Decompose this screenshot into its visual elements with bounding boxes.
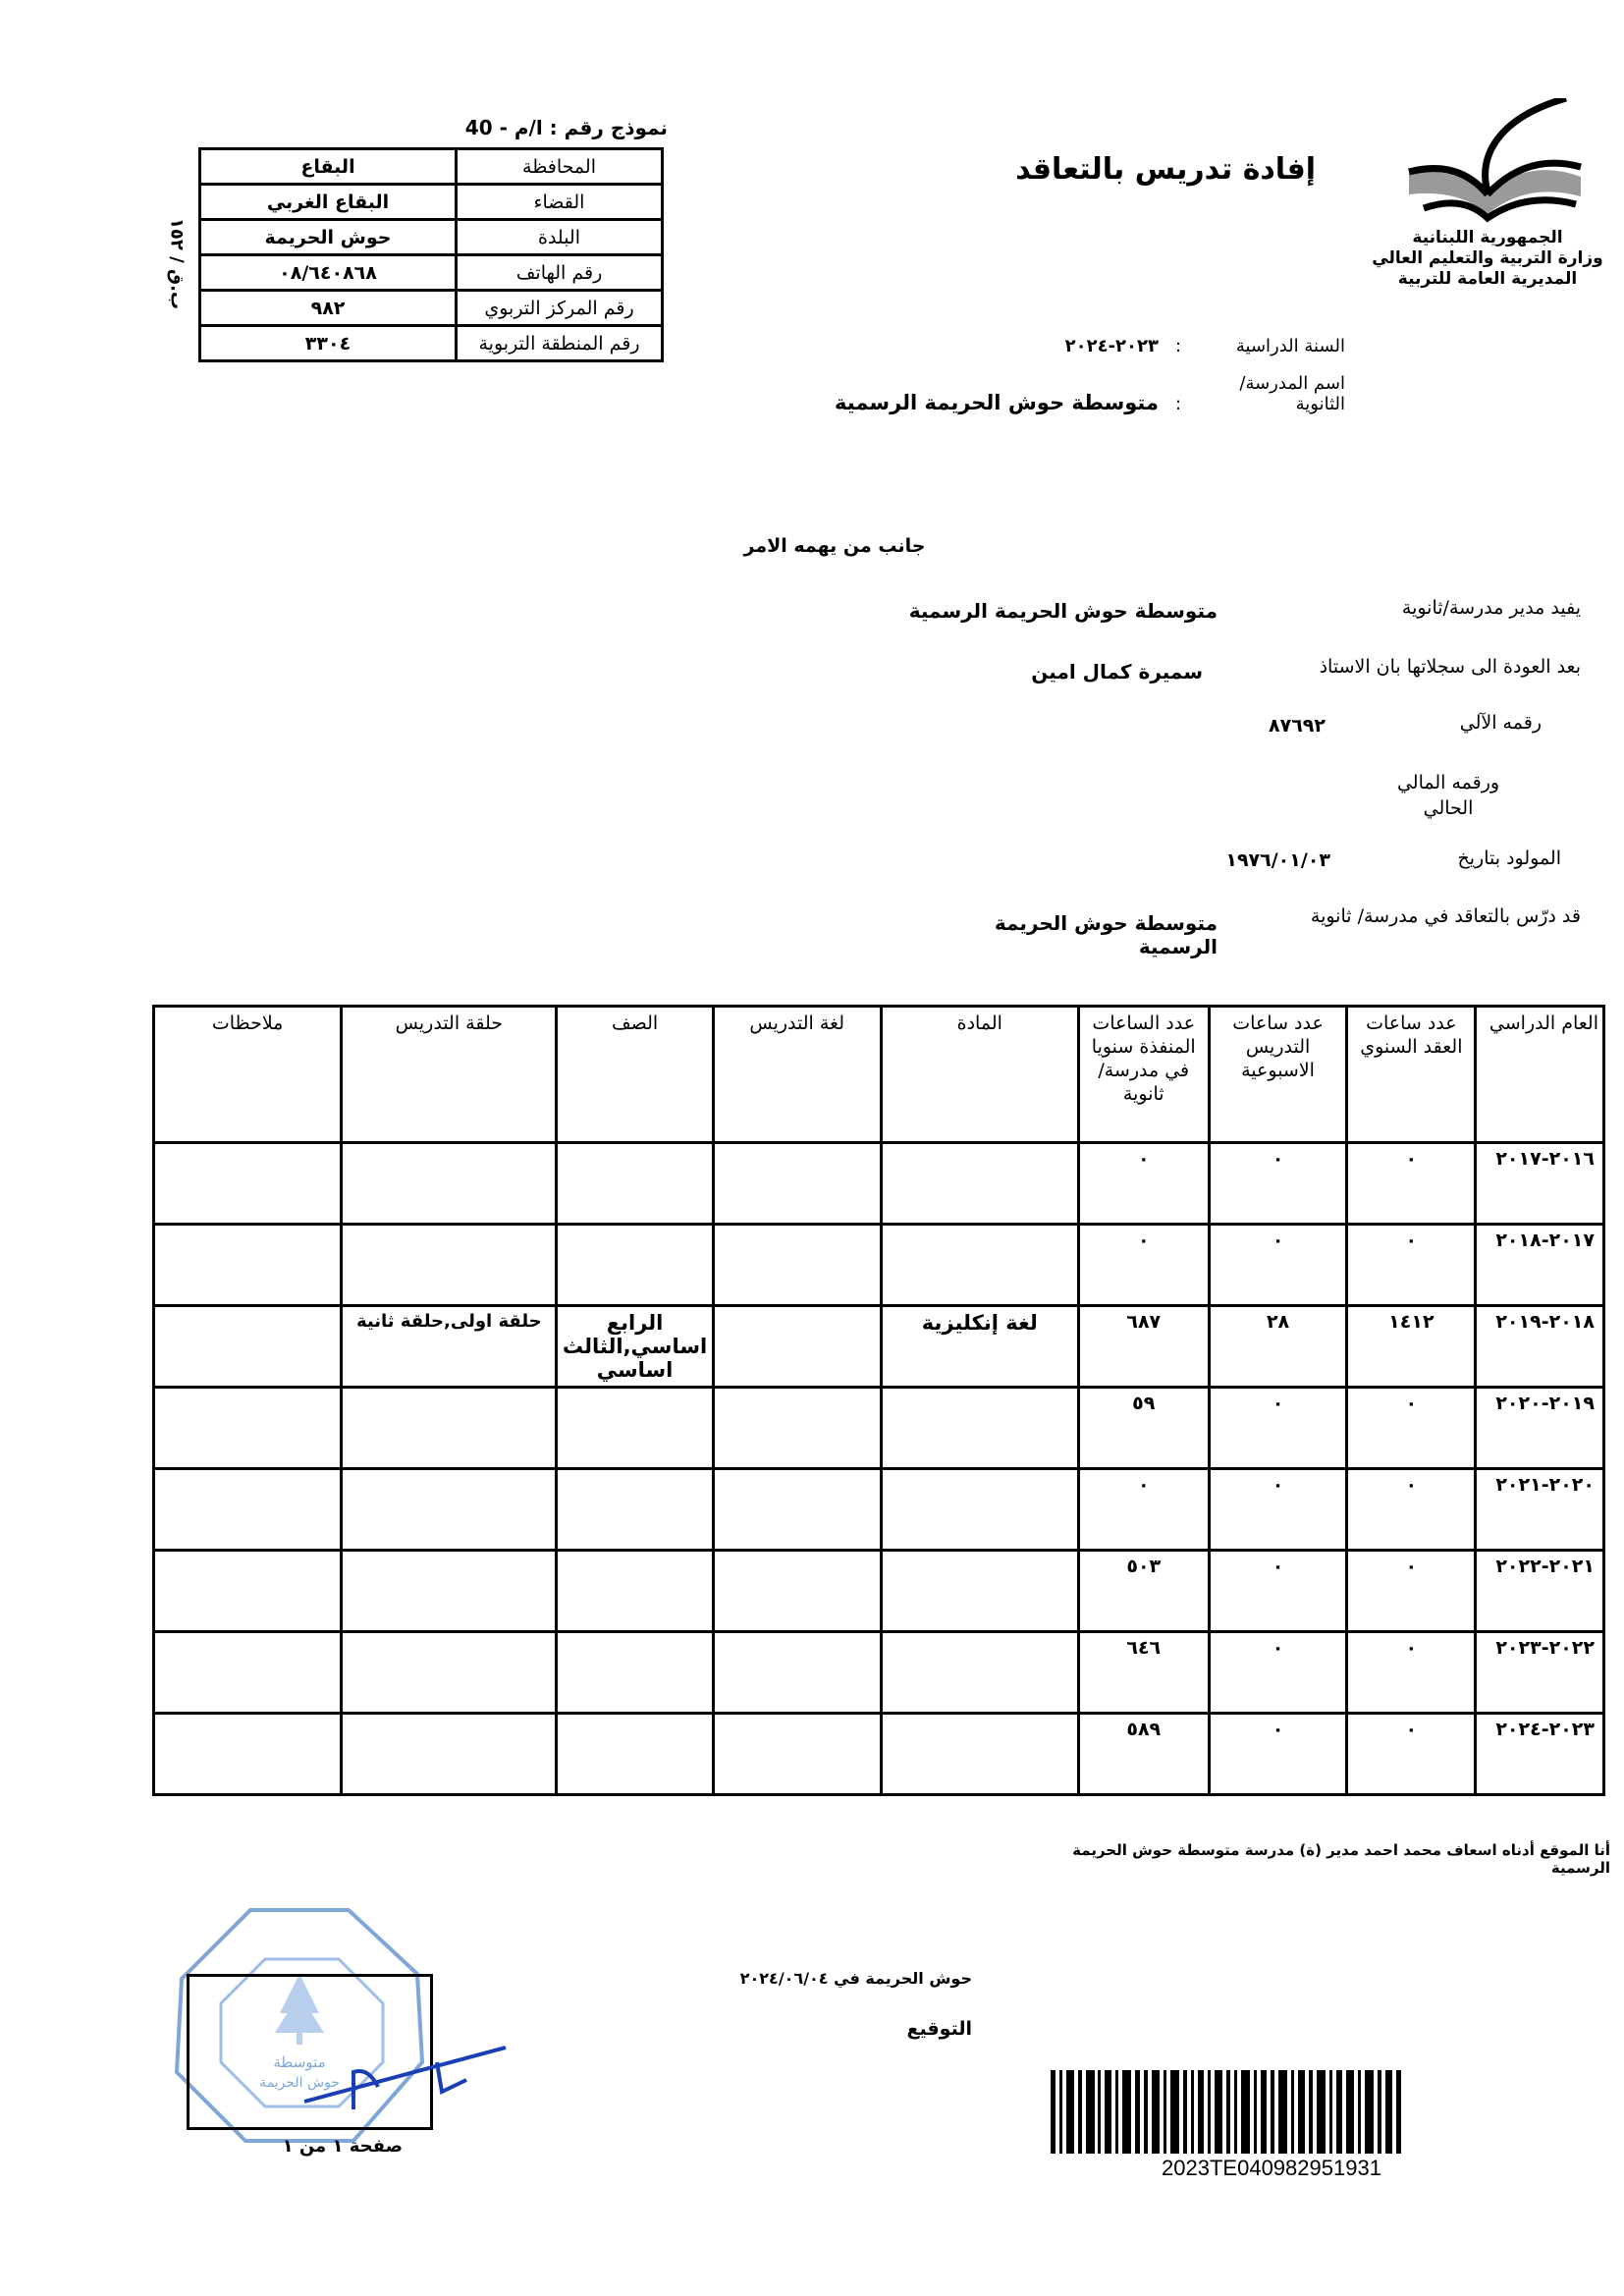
auto-number-label: رقمه الآلي	[1355, 712, 1542, 734]
cell-language	[713, 1632, 881, 1714]
cell-weekly-hours: ٠	[1209, 1388, 1347, 1469]
table-row: ٢٠١٦-٢٠١٧ ٠ ٠ ٠	[154, 1143, 1604, 1225]
to-whom-it-may-concern: جانب من يهمه الامر	[727, 535, 943, 557]
info-label: رقم المركز التربوي	[457, 291, 663, 326]
cell-executed-hours: ٥٩	[1078, 1388, 1209, 1469]
info-row: رقم المركز التربوي٩٨٢	[200, 291, 663, 326]
cell-cycle	[342, 1143, 557, 1225]
info-value: ٣٣٠٤	[200, 326, 457, 361]
cell-notes	[154, 1469, 342, 1551]
cell-contract-hours: ٠	[1347, 1388, 1476, 1469]
cell-language	[713, 1225, 881, 1306]
financial-number-label: ورقمه المالي	[1375, 772, 1522, 793]
cell-language	[713, 1388, 881, 1469]
cell-notes	[154, 1143, 342, 1225]
school-value: متوسطة حوش الحريمة الرسمية	[835, 391, 1159, 414]
info-label: المحافظة	[457, 149, 663, 185]
cell-subject	[881, 1225, 1078, 1306]
info-label: البلدة	[457, 220, 663, 255]
cell-executed-hours: ٦٨٧	[1078, 1306, 1209, 1388]
cell-weekly-hours: ٠	[1209, 1714, 1347, 1795]
auto-number-value: ٨٧٦٩٢	[1159, 715, 1326, 737]
cell-cycle	[342, 1714, 557, 1795]
cell-language	[713, 1714, 881, 1795]
header-notes: ملاحظات	[154, 1007, 342, 1143]
side-reference: ب.ق / ١٥٢	[157, 216, 196, 314]
place-and-date: حوش الحريمة في ٢٠٢٤/٠٦/٠٤	[717, 1969, 972, 1988]
signer-statement: أنا الموقع أدناه اسعاف محمد احمد مدير (ة…	[1031, 1841, 1610, 1877]
academic-year-value: ٢٠٢٣-٢٠٢٤	[1065, 336, 1159, 356]
cell-notes	[154, 1306, 342, 1388]
cell-notes	[154, 1551, 342, 1632]
cell-subject	[881, 1714, 1078, 1795]
logo-line-ministry: وزارة التربية والتعليم العالي	[1370, 248, 1605, 269]
cell-grade	[557, 1714, 713, 1795]
teacher-name: سميرة كمال امين	[982, 660, 1203, 683]
cell-year: ٢٠١٨-٢٠١٩	[1476, 1306, 1604, 1388]
info-value: البقاع	[200, 149, 457, 185]
cell-subject	[881, 1632, 1078, 1714]
cell-language	[713, 1469, 881, 1551]
info-row: المحافظةالبقاع	[200, 149, 663, 185]
cell-contract-hours: ٠	[1347, 1714, 1476, 1795]
info-label: رقم المنطقة التربوية	[457, 326, 663, 361]
cell-year: ٢٠٢١-٢٠٢٢	[1476, 1551, 1604, 1632]
header-academic-year: العام الدراسي	[1476, 1007, 1604, 1143]
cell-language	[713, 1143, 881, 1225]
cell-contract-hours: ٠	[1347, 1469, 1476, 1551]
cell-subject	[881, 1551, 1078, 1632]
barcode-number: 2023TE040982951931	[1129, 2156, 1414, 2181]
info-row: البلدةحوش الحريمة	[200, 220, 663, 255]
cell-notes	[154, 1225, 342, 1306]
cell-contract-hours: ٠	[1347, 1551, 1476, 1632]
academic-year-label: السنة الدراسية	[1198, 336, 1345, 356]
cell-year: ٢٠١٩-٢٠٢٠	[1476, 1388, 1604, 1469]
cell-executed-hours: ٥٨٩	[1078, 1714, 1209, 1795]
header-contract-hours: عدد ساعات العقد السنوي	[1347, 1007, 1476, 1143]
table-header-row: العام الدراسي عدد ساعات العقد السنوي عدد…	[154, 1007, 1604, 1143]
logo-line-republic: الجمهورية اللبنانية	[1370, 228, 1605, 248]
birth-date-label: المولود بتاريخ	[1355, 847, 1561, 869]
cell-executed-hours: ٠	[1078, 1225, 1209, 1306]
cell-grade	[557, 1551, 713, 1632]
cell-year: ٢٠١٦-٢٠١٧	[1476, 1143, 1604, 1225]
director-line-label: يفيد مدير مدرسة/ثانوية	[1227, 597, 1581, 619]
cell-executed-hours: ٠	[1078, 1143, 1209, 1225]
cell-subject	[881, 1388, 1078, 1469]
table-row: ٢٠١٩-٢٠٢٠ ٠ ٠ ٥٩	[154, 1388, 1604, 1469]
cell-grade	[557, 1388, 713, 1469]
info-value: ٩٨٢	[200, 291, 457, 326]
separator: :	[1159, 336, 1198, 356]
cell-subject	[881, 1469, 1078, 1551]
taught-at-label: قد درّس بالتعاقد في مدرسة/ ثانوية	[1227, 905, 1581, 927]
cell-contract-hours: ٠	[1347, 1225, 1476, 1306]
separator: :	[1159, 394, 1198, 414]
side-reference-text: ب.ق / ١٥٢	[167, 215, 188, 313]
cell-year: ٢٠١٧-٢٠١٨	[1476, 1225, 1604, 1306]
cell-cycle	[342, 1469, 557, 1551]
cell-grade	[557, 1469, 713, 1551]
cell-cycle: حلقة اولى,حلقة ثانية	[342, 1306, 557, 1388]
header-grade: الصف	[557, 1007, 713, 1143]
cell-notes	[154, 1714, 342, 1795]
cell-weekly-hours: ٠	[1209, 1143, 1347, 1225]
info-value: ٠٨/٦٤٠٨٦٨	[200, 255, 457, 291]
header-weekly-hours: عدد ساعات التدريس الاسبوعية	[1209, 1007, 1347, 1143]
header-executed-hours: عدد الساعات المنفذة سنويا في مدرسة/ثانوي…	[1078, 1007, 1209, 1143]
cell-executed-hours: ٥٠٣	[1078, 1551, 1209, 1632]
info-label: القضاء	[457, 185, 663, 220]
teaching-history-table: العام الدراسي عدد ساعات العقد السنوي عدد…	[152, 1005, 1605, 1796]
school-name-row: اسم المدرسة/الثانوية:متوسطة حوش الحريمة …	[815, 373, 1345, 414]
cell-year: ٢٠٢٢-٢٠٢٣	[1476, 1632, 1604, 1714]
cell-weekly-hours: ٠	[1209, 1225, 1347, 1306]
logo-line-directorate: المديرية العامة للتربية	[1370, 269, 1605, 290]
cell-weekly-hours: ٠	[1209, 1469, 1347, 1551]
cell-subject	[881, 1143, 1078, 1225]
cell-cycle	[342, 1632, 557, 1714]
director-line-value: متوسطة حوش الحريمة الرسمية	[874, 599, 1218, 623]
cell-language	[713, 1306, 881, 1388]
taught-at-value: متوسطة حوش الحريمة الرسمية	[972, 911, 1218, 958]
cell-executed-hours: ٦٤٦	[1078, 1632, 1209, 1714]
handwritten-signature-icon	[295, 2033, 520, 2111]
page-number: صفحة ١ من ١	[196, 2136, 403, 2157]
cell-notes	[154, 1632, 342, 1714]
form-number-label: نموذج رقم	[565, 116, 668, 139]
cell-contract-hours: ١٤١٢	[1347, 1306, 1476, 1388]
academic-year-row: السنة الدراسية:٢٠٢٣-٢٠٢٤	[982, 336, 1345, 356]
info-row: رقم الهاتف٠٨/٦٤٠٨٦٨	[200, 255, 663, 291]
info-label: رقم الهاتف	[457, 255, 663, 291]
cell-executed-hours: ٠	[1078, 1469, 1209, 1551]
cell-contract-hours: ٠	[1347, 1143, 1476, 1225]
document-title: إفادة تدريس بالتعاقد	[982, 152, 1316, 187]
cell-cycle	[342, 1225, 557, 1306]
table-row: ٢٠١٨-٢٠١٩ ١٤١٢ ٢٨ ٦٨٧ لغة إنكليزية الراب…	[154, 1306, 1604, 1388]
cell-subject: لغة إنكليزية	[881, 1306, 1078, 1388]
cell-year: ٢٠٢٠-٢٠٢١	[1476, 1469, 1604, 1551]
info-row: رقم المنطقة التربوية٣٣٠٤	[200, 326, 663, 361]
table-row: ٢٠٢٠-٢٠٢١ ٠ ٠ ٠	[154, 1469, 1604, 1551]
cell-year: ٢٠٢٣-٢٠٢٤	[1476, 1714, 1604, 1795]
school-label: اسم المدرسة/الثانوية	[1198, 373, 1345, 414]
cell-grade: الرابع اساسي,الثالث اساسي	[557, 1306, 713, 1388]
cell-contract-hours: ٠	[1347, 1632, 1476, 1714]
form-number-value: ا/م - 40	[465, 116, 543, 139]
birth-date-value: ١٩٧٦/٠١/٠٣	[1119, 849, 1330, 871]
table-row: ٢٠٢٢-٢٠٢٣ ٠ ٠ ٦٤٦	[154, 1632, 1604, 1714]
header-language: لغة التدريس	[713, 1007, 881, 1143]
cell-grade	[557, 1225, 713, 1306]
cell-weekly-hours: ٠	[1209, 1551, 1347, 1632]
financial-number-label-2: الحالي	[1375, 797, 1522, 819]
info-value: البقاع الغربي	[200, 185, 457, 220]
location-info-table: المحافظةالبقاع القضاءالبقاع الغربي البلد…	[198, 147, 664, 362]
table-row: ٢٠٢٣-٢٠٢٤ ٠ ٠ ٥٨٩	[154, 1714, 1604, 1795]
cell-weekly-hours: ٠	[1209, 1632, 1347, 1714]
info-row: القضاءالبقاع الغربي	[200, 185, 663, 220]
signature-label: التوقيع	[815, 2018, 972, 2040]
cell-cycle	[342, 1388, 557, 1469]
header-cycle: حلقة التدريس	[342, 1007, 557, 1143]
info-value: حوش الحريمة	[200, 220, 457, 255]
table-row: ٢٠٢١-٢٠٢٢ ٠ ٠ ٥٠٣	[154, 1551, 1604, 1632]
form-number: نموذج رقم : ا/م - 40	[295, 116, 668, 139]
cell-cycle	[342, 1551, 557, 1632]
cell-notes	[154, 1388, 342, 1469]
barcode-icon	[1051, 2070, 1404, 2154]
records-line-label: بعد العودة الى سجلاتها بان الاستاذ	[1208, 656, 1581, 678]
table-row: ٢٠١٧-٢٠١٨ ٠ ٠ ٠	[154, 1225, 1604, 1306]
ministry-name: الجمهورية اللبنانية وزارة التربية والتعل…	[1370, 228, 1605, 290]
cell-grade	[557, 1143, 713, 1225]
cell-weekly-hours: ٢٨	[1209, 1306, 1347, 1388]
cell-language	[713, 1551, 881, 1632]
header-subject: المادة	[881, 1007, 1078, 1143]
cell-grade	[557, 1632, 713, 1714]
